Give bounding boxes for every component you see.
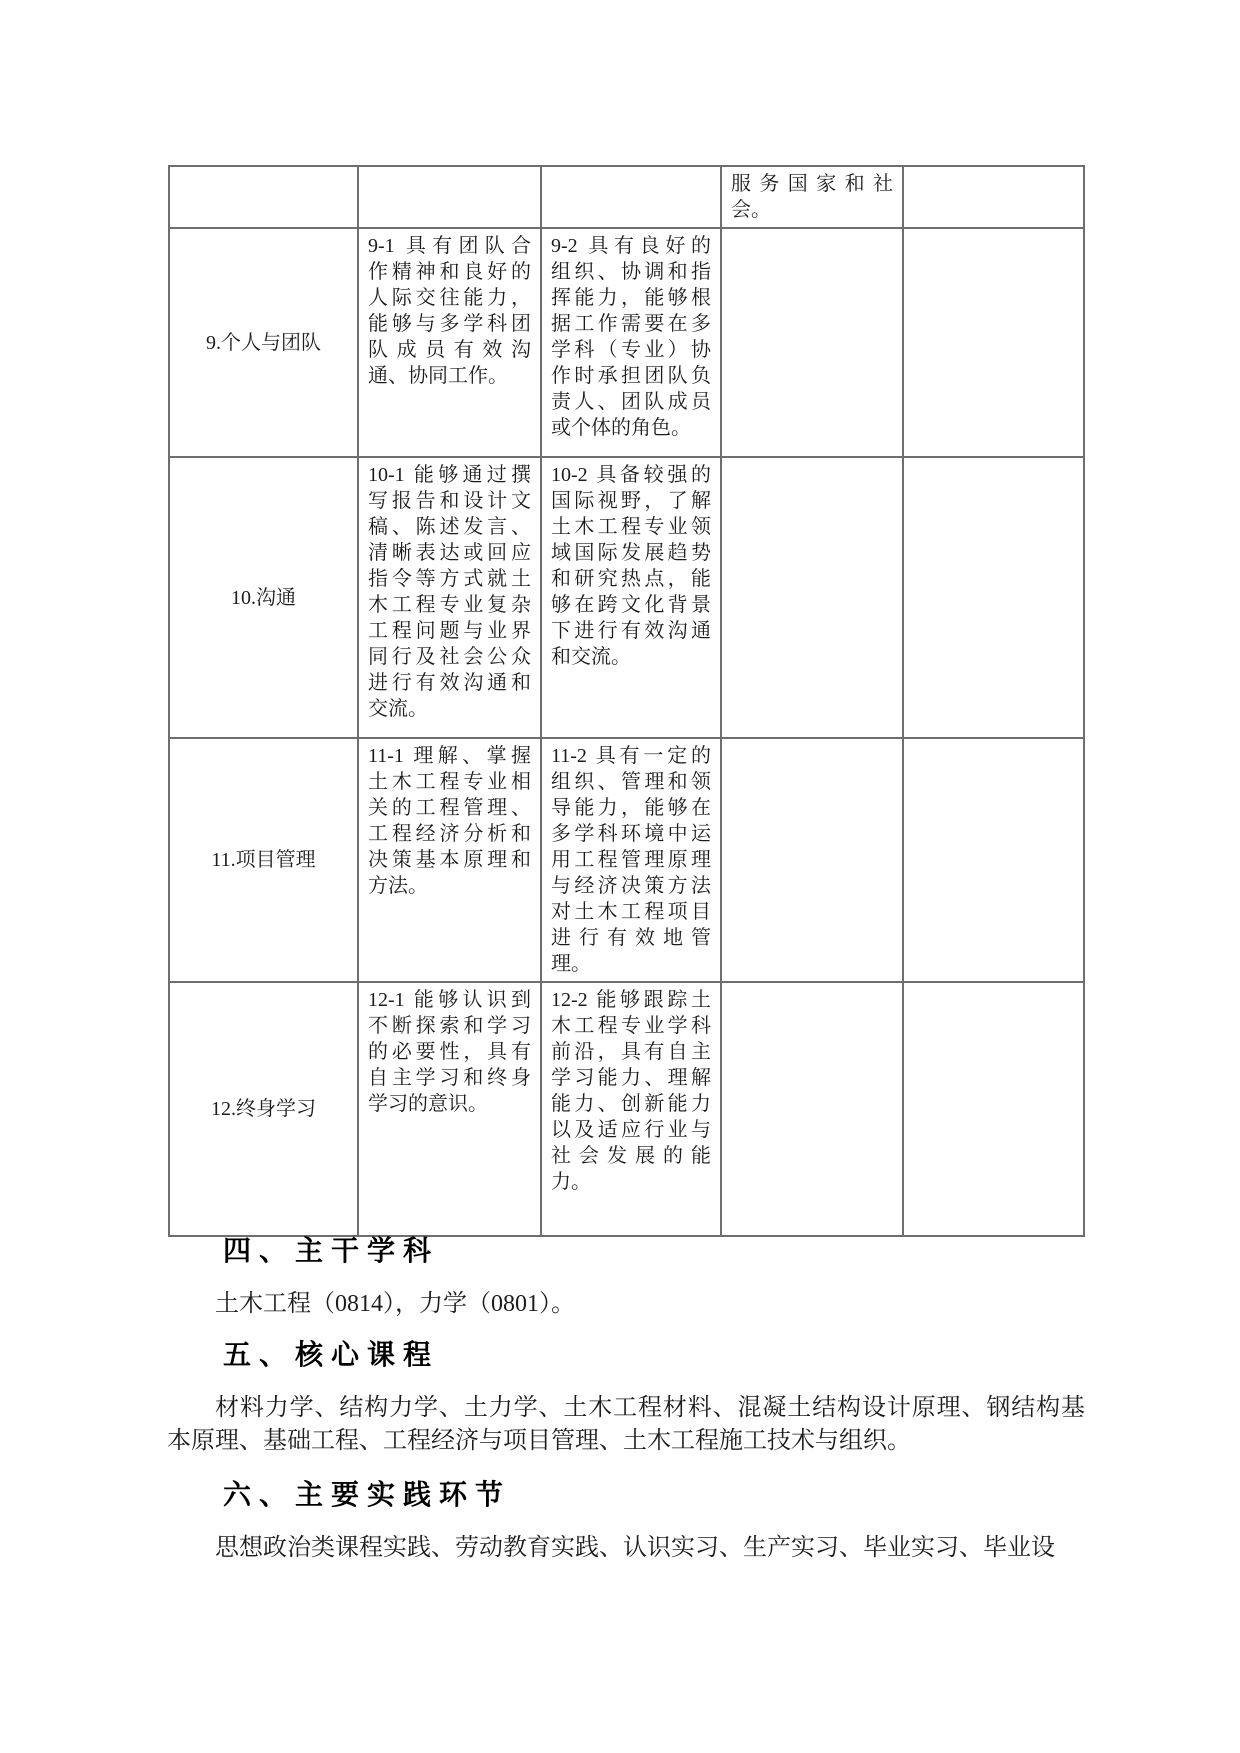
indicator-b-cell: 11-2 具有一定的组织、管理和领导能力，能够在多学科环境中运用工程管理原理与经… xyxy=(541,738,721,982)
section-paragraph-core-courses: 材料力学、结构力学、土力学、土木工程材料、混凝土结构设计原理、钢结构基本原理、基… xyxy=(167,1392,1085,1458)
section-paragraph-practice: 思想政治类课程实践、劳动教育实践、认识实习、生产实习、毕业实习、毕业设 xyxy=(167,1532,1085,1565)
table-row-9: 9.个人与团队 9-1 具有团队合作精神和良好的人际交往能力，能够与多学科团队成… xyxy=(169,228,1084,457)
carryover-text-cell: 服务国家和社会。 xyxy=(721,166,903,228)
empty-cell xyxy=(903,228,1084,457)
row-label-cell: 12.终身学习 xyxy=(169,982,358,1236)
outcomes-table: 服务国家和社会。 9.个人与团队 9-1 具有团队合作精神和良好的人际交往能力，… xyxy=(168,165,1085,1237)
empty-cell xyxy=(721,457,903,738)
indicator-a-cell: 12-1 能够认识到不断探索和学习的必要性，具有自主学习和终身学习的意识。 xyxy=(358,982,541,1236)
section-heading-main-disciplines: 四、主干学科 xyxy=(223,1236,439,1266)
table-row-carryover: 服务国家和社会。 xyxy=(169,166,1084,228)
empty-cell xyxy=(903,982,1084,1236)
indicator-b-cell: 12-2 能够跟踪土木工程专业学科前沿，具有自主学习能力、理解能力、创新能力以及… xyxy=(541,982,721,1236)
section-heading-practice: 六、主要实践环节 xyxy=(223,1480,511,1510)
empty-cell xyxy=(721,982,903,1236)
section-paragraph-main-disciplines: 土木工程（0814），力学（0801）。 xyxy=(167,1288,1085,1321)
empty-cell xyxy=(903,166,1084,228)
row-label-cell xyxy=(169,166,358,228)
empty-cell xyxy=(721,228,903,457)
indicator-a-cell: 10-1 能够通过撰写报告和设计文稿、陈述发言、清晰表达或回应指令等方式就土木工… xyxy=(358,457,541,738)
empty-cell xyxy=(903,457,1084,738)
row-label-cell: 11.项目管理 xyxy=(169,738,358,982)
indicator-a-cell xyxy=(358,166,541,228)
document-page: 服务国家和社会。 9.个人与团队 9-1 具有团队合作精神和良好的人际交往能力，… xyxy=(0,0,1240,1753)
row-label-cell: 9.个人与团队 xyxy=(169,228,358,457)
indicator-a-cell: 11-1 理解、掌握土木工程专业相关的工程管理、工程经济分析和决策基本原理和方法… xyxy=(358,738,541,982)
table-row-12: 12.终身学习 12-1 能够认识到不断探索和学习的必要性，具有自主学习和终身学… xyxy=(169,982,1084,1236)
empty-cell xyxy=(903,738,1084,982)
row-label-cell: 10.沟通 xyxy=(169,457,358,738)
indicator-b-cell: 10-2 具备较强的国际视野，了解土木工程专业领域国际发展趋势和研究热点，能够在… xyxy=(541,457,721,738)
indicator-b-cell xyxy=(541,166,721,228)
table-row-10: 10.沟通 10-1 能够通过撰写报告和设计文稿、陈述发言、清晰表达或回应指令等… xyxy=(169,457,1084,738)
indicator-a-cell: 9-1 具有团队合作精神和良好的人际交往能力，能够与多学科团队成员有效沟通、协同… xyxy=(358,228,541,457)
empty-cell xyxy=(721,738,903,982)
indicator-b-cell: 9-2 具有良好的组织、协调和指挥能力，能够根据工作需要在多学科（专业）协作时承… xyxy=(541,228,721,457)
table-row-11: 11.项目管理 11-1 理解、掌握土木工程专业相关的工程管理、工程经济分析和决… xyxy=(169,738,1084,982)
section-heading-core-courses: 五、核心课程 xyxy=(223,1340,439,1370)
